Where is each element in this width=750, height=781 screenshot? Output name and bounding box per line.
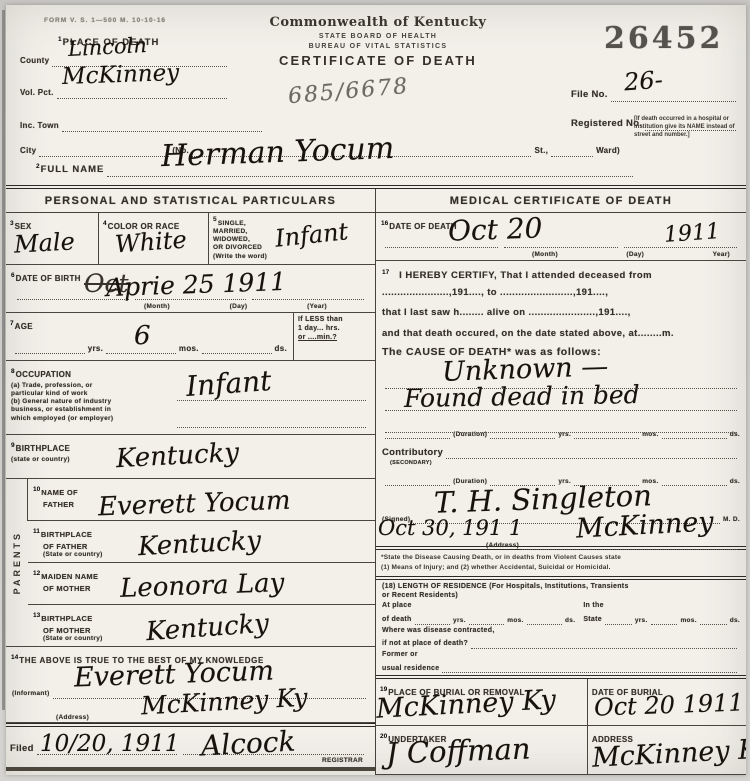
bottom-form-code: 11—5.44 — [6, 771, 375, 775]
left-section-title: PERSONAL AND STATISTICAL PARTICULARS — [6, 189, 375, 213]
header: FORM V. S. 1—500 M. 10-10-16 1PLACE OF D… — [6, 5, 746, 151]
dotted-leader — [385, 473, 450, 487]
county-label: County — [20, 56, 49, 66]
father-birthplace-row: 11BIRTHPLACE OF FATHER (State or country… — [28, 521, 375, 563]
registered-no-label: Registered No. — [571, 118, 642, 130]
age-row: 7AGE yrs. mos. ds. 6 If LESS than — [6, 313, 375, 361]
right-section-title: MEDICAL CERTIFICATE OF DEATH — [376, 189, 746, 213]
age-ds-label: ds. — [275, 344, 287, 354]
dob-year-label: (Year) — [307, 303, 327, 311]
certify-line-2: ......................,191...., to .....… — [382, 287, 740, 299]
occupation-row: 8OCCUPATION (a) Trade, profession, or pa… — [6, 361, 375, 435]
former-residence-line: Former or — [382, 651, 740, 660]
certify-block: 17 I HEREBY CERTIFY, That I attended dec… — [376, 261, 746, 360]
undertaker-value-handwritten: J Coffman — [385, 732, 531, 771]
occupation-label: 8OCCUPATION — [11, 364, 71, 381]
sex-color-marital-row: 3SEX Male 4COLOR OR RACE White 5SINGLE, … — [6, 213, 375, 265]
dod-day-label: (Day) — [626, 251, 644, 259]
date-of-death-row: 16DATE OF DEATH (Month) (Day) Year) Oct … — [376, 213, 746, 261]
dotted-leader — [202, 340, 272, 354]
color-race-cell: 4COLOR OR RACE White — [98, 213, 208, 264]
mother-birthplace-row: 13BIRTHPLACE OF MOTHER (State or country… — [28, 605, 375, 647]
filed-label: Filed — [10, 743, 34, 755]
dotted-leader — [527, 611, 562, 625]
certify-line-3: that I last saw h........ alive on .....… — [382, 307, 740, 319]
dod-year-value-handwritten: 1911 — [663, 219, 721, 248]
registrar-signature-handwritten: Alcock — [200, 725, 296, 763]
burial-date-value-handwritten: Oct 20 1911 — [593, 689, 744, 722]
state-board-line: STATE BOARD OF HEALTH — [230, 33, 526, 40]
dotted-leader — [651, 611, 678, 625]
age-months-value-handwritten: 6 — [134, 321, 151, 351]
birthplace-value-handwritten: Kentucky — [115, 438, 239, 474]
certificate-title: CERTIFICATE OF DEATH — [230, 53, 526, 68]
contributory-sublabel: (SECONDARY) — [390, 460, 740, 467]
father-name-row: 10NAME OF FATHER Everett Yocum — [27, 479, 375, 521]
burial-date-cell: DATE OF BURIAL Oct 20 1911 — [587, 679, 746, 725]
attestation-row: 14THE ABOVE IS TRUE TO THE BEST OF MY KN… — [6, 647, 375, 723]
md-label: M. D. — [723, 516, 740, 524]
dod-value-handwritten: Oct 20 — [447, 211, 543, 247]
full-name-label: 2FULL NAME — [36, 159, 104, 177]
pencil-number-handwritten: 685/6678 — [287, 74, 410, 109]
dod-year-label: Year) — [713, 251, 730, 259]
cause-value-line2-handwritten: Found dead in bed — [404, 380, 640, 413]
dotted-leader — [446, 445, 737, 459]
less-than-day-cell: If LESS than 1 day... hrs. or ....min.? — [293, 313, 375, 360]
residence-block: (18) LENGTH OF RESIDENCE (For Hospitals,… — [376, 580, 746, 676]
father-birthplace-value-handwritten: Kentucky — [137, 526, 261, 562]
full-name-row: 2FULL NAME Herman Yocum — [6, 151, 746, 185]
sex-value-handwritten: Male — [13, 227, 75, 258]
informant-label: (Informant) — [12, 690, 50, 698]
residence-at-place: At place of death yrs. mos. ds. — [382, 602, 575, 624]
informant-address-label: (Address) — [56, 714, 89, 722]
commonwealth-title: Commonwealth of Kentucky — [230, 15, 526, 30]
filed-row: Filed 10/20, 1911 Alcock REGISTRAR — [6, 723, 375, 771]
inc-town-label: Inc. Town — [20, 121, 59, 131]
marital-cell: 5SINGLE, MARRIED, WIDOWED, OR DIVORCED (… — [208, 213, 375, 264]
age-mos-label: mos. — [179, 344, 199, 354]
file-no-label: File No. — [571, 89, 608, 101]
registrar-label: REGISTRAR — [322, 757, 363, 765]
date-of-birth-label: 6DATE OF BIRTH — [11, 268, 81, 285]
burial-row: 19PLACE OF BURIAL OR REMOVAL McKinney Ky… — [376, 675, 746, 726]
parents-strip: PARENTS — [6, 479, 28, 647]
vol-pct-value-handwritten: McKinney — [62, 60, 180, 90]
dotted-leader — [62, 118, 262, 132]
form-number-note: FORM V. S. 1—500 M. 10-10-16 — [44, 17, 166, 25]
certify-line-4: and that death occured, on the date stat… — [382, 328, 740, 340]
bureau-line: BUREAU OF VITAL STATISTICS — [230, 43, 526, 50]
signed-date-handwritten: Oct 30, 191 1 — [378, 516, 522, 540]
footnote-line-2: (1) Means of Injury; and (2) whether Acc… — [376, 563, 746, 576]
masthead: Commonwealth of Kentucky STATE BOARD OF … — [230, 15, 526, 68]
cause-of-death-area: Unknown — Found dead in bed — [376, 360, 746, 426]
dotted-leader — [385, 420, 737, 434]
contracted-line: Where was disease contracted, — [382, 627, 740, 636]
signed-address-label: (Address) — [486, 542, 519, 550]
dotted-leader — [471, 635, 737, 649]
burial-place-cell: 19PLACE OF BURIAL OR REMOVAL McKinney Ky — [376, 679, 587, 725]
county-value-handwritten: Lincoln — [67, 33, 147, 61]
inc-town-line: Inc. Town — [20, 118, 265, 132]
dotted-leader — [177, 414, 366, 428]
dotted-leader — [700, 611, 727, 625]
scanned-death-certificate: FORM V. S. 1—500 M. 10-10-16 1PLACE OF D… — [0, 0, 750, 781]
contributory-block: Contributory (SECONDARY) (Duration) yrs.… — [376, 443, 746, 486]
undertaker-cell: 20UNDERTAKER J Coffman — [376, 726, 587, 774]
footnote-block: *State the Disease Causing Death, or in … — [376, 546, 746, 580]
file-no-value-handwritten: 26- — [623, 66, 664, 97]
dotted-leader — [662, 473, 727, 487]
dob-month-label: (Month) — [144, 303, 170, 311]
birthplace-row: 9BIRTHPLACE (state or country) Kentucky — [6, 435, 375, 479]
parents-block: PARENTS 10NAME OF FATHER Everett Yocum 1… — [6, 479, 375, 647]
dob-day-label: (Day) — [230, 303, 248, 311]
dotted-leader — [442, 660, 737, 674]
dotted-leader — [15, 340, 85, 354]
residence-title: (18) LENGTH OF RESIDENCE (For Hospitals,… — [382, 583, 740, 592]
color-race-value-handwritten: White — [114, 226, 187, 259]
vol-pct-label: Vol. Pct. — [20, 88, 54, 98]
certify-line-1: 17 I HEREBY CERTIFY, That I attended dec… — [382, 265, 740, 283]
signed-block: (Signed) M. D. T. H. Singleton (Address)… — [376, 486, 746, 546]
father-name-value-handwritten: Everett Yocum — [98, 486, 291, 523]
footnote-line-1: *State the Disease Causing Death, or in … — [376, 550, 746, 563]
certificate-body: PERSONAL AND STATISTICAL PARTICULARS 3SE… — [6, 185, 746, 775]
date-of-death-label: 16DATE OF DEATH — [381, 216, 457, 233]
left-column: PERSONAL AND STATISTICAL PARTICULARS 3SE… — [6, 189, 376, 775]
undertaker-row: 20UNDERTAKER J Coffman ADDRESS McKinney … — [376, 726, 746, 775]
age-yrs-label: yrs. — [88, 344, 103, 354]
contributory-label: Contributory — [382, 447, 443, 459]
dotted-leader — [415, 611, 450, 625]
sex-cell: 3SEX Male — [6, 213, 98, 264]
filed-date-handwritten: 10/20, 1911 — [40, 731, 179, 757]
marital-sublabel: (Write the word) — [213, 253, 371, 261]
undertaker-address-cell: ADDRESS McKinney Ky — [587, 726, 746, 774]
hospital-note: [If death occurred in a hospital or inst… — [634, 115, 738, 139]
date-of-birth-row: 6DATE OF BIRTH (Month) (Day) (Year) Oct … — [6, 265, 375, 313]
certificate-paper: FORM V. S. 1—500 M. 10-10-16 1PLACE OF D… — [6, 5, 746, 775]
mother-name-value-handwritten: Leonora Lay — [120, 568, 285, 604]
residence-in-state: In the State yrs. mos. ds. — [575, 602, 740, 624]
dotted-leader — [605, 611, 632, 625]
mother-name-row: 12MAIDEN NAME OF MOTHER Leonora Lay — [28, 563, 375, 605]
right-column: MEDICAL CERTIFICATE OF DEATH 16DATE OF D… — [376, 189, 746, 775]
dod-month-label: (Month) — [532, 251, 558, 259]
occupation-value-handwritten: Infant — [185, 364, 273, 403]
dotted-leader — [469, 611, 504, 625]
age-cell: 7AGE yrs. mos. ds. 6 — [6, 313, 293, 360]
age-label: 7AGE — [10, 316, 33, 333]
certificate-stamp-number: 26452 — [604, 21, 723, 56]
